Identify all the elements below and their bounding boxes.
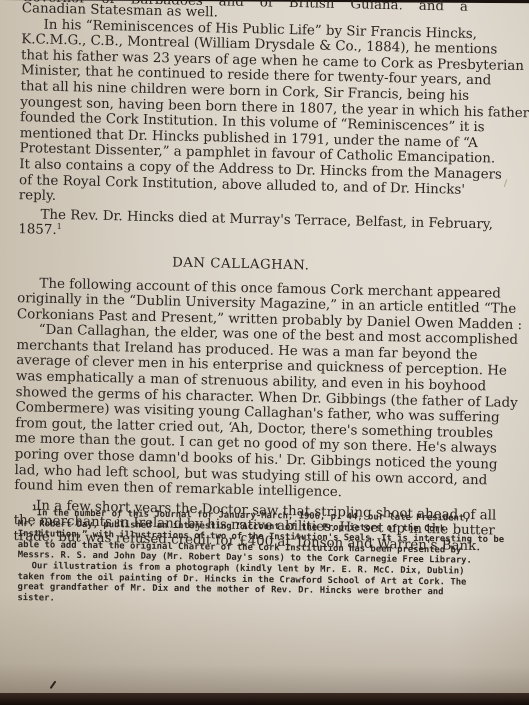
page-shadow bbox=[0, 590, 529, 698]
footnote-1: 1In the number of this Journal for Janua… bbox=[18, 508, 444, 566]
section-heading: DAN CALLAGHAN. bbox=[18, 252, 464, 277]
paragraph-quote: “Dan Callaghan, the elder, was one of th… bbox=[14, 322, 463, 503]
body-text: Governor of Barbadoes and of British Gui… bbox=[13, 0, 468, 554]
table-background bbox=[0, 693, 529, 705]
paragraph-reminiscences: In his “Reminiscences of His Public Life… bbox=[19, 17, 468, 214]
paragraph-death: The Rev. Dr. Hincks died at Murray's Ter… bbox=[18, 207, 464, 248]
book-page: Governor of Barbadoes and of British Gui… bbox=[0, 0, 529, 698]
paper-speck bbox=[504, 179, 507, 187]
footnote-ref-1[interactable]: 1 bbox=[57, 222, 62, 231]
year-text: 1857. bbox=[18, 222, 57, 238]
